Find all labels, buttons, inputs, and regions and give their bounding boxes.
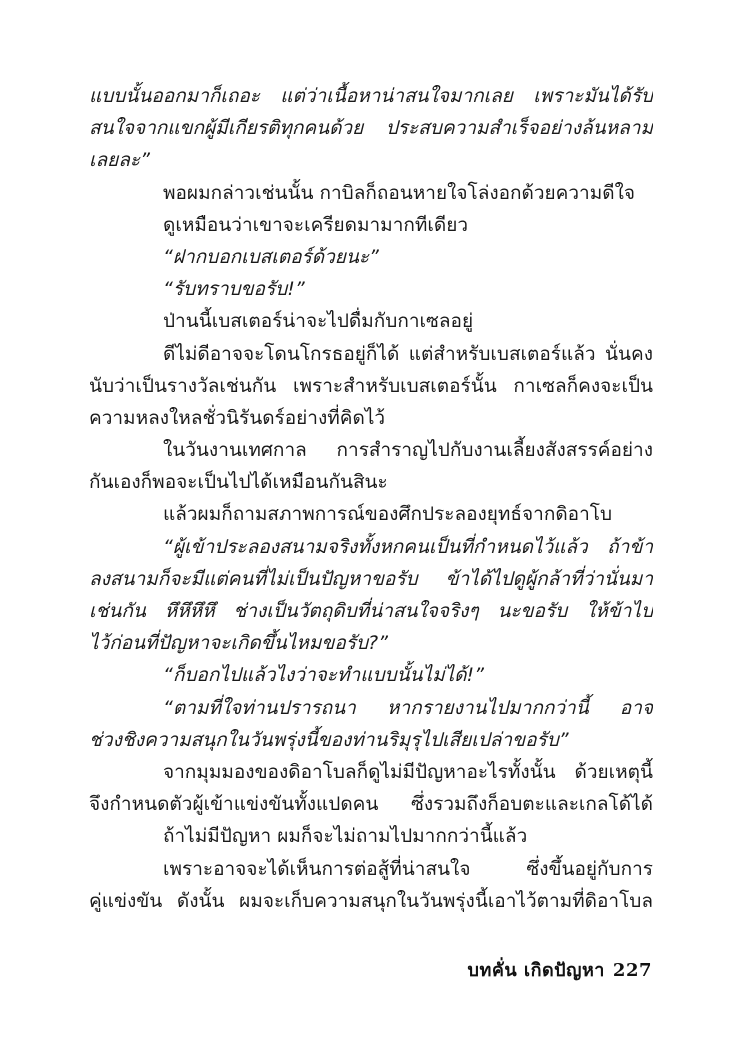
text-line: จากมุมมองของดิอาโบลก็ดูไม่มีปัญหาอะไรทั้… <box>89 756 653 788</box>
text-line: ดีไม่ดีอาจจะโดนโกรธอยู่ก็ได้ แต่สำหรับเบ… <box>89 338 653 370</box>
text-line: กันเองก็พอจะเป็นไปได้เหมือนกันสินะ <box>89 466 653 498</box>
text-line: แบบนั้นออกมาก็เถอะ แต่ว่าเนื้อหาน่าสนใจม… <box>89 80 653 112</box>
text-line: นับว่าเป็นรางวัลเช่นกัน เพราะสำหรับเบสเต… <box>89 370 653 402</box>
text-line: เพราะอาจจะได้เห็นการต่อสู้ที่น่าสนใจ ซึ่… <box>89 853 653 885</box>
text-line: เลยละ” <box>89 144 653 176</box>
dialogue-line: “ผู้เข้าประลองสนามจริงทั้งหกคนเป็นที่กำห… <box>89 531 653 563</box>
dialogue-line: “ตามที่ใจท่านปรารถนา หากรายงานไปมากกว่าน… <box>89 692 653 724</box>
page-number: 227 <box>613 960 652 981</box>
text-line: ดูเหมือนว่าเขาจะเครียดมามากทีเดียว <box>89 209 653 241</box>
text-line: สนใจจากแขกผู้มีเกียรติทุกคนด้วย ประสบควา… <box>89 112 653 144</box>
text-line: พอผมกล่าวเช่นนั้น กาบิลก็ถอนหายใจโล่งอกด… <box>89 177 653 209</box>
page-body: แบบนั้นออกมาก็เถอะ แต่ว่าเนื้อหาน่าสนใจม… <box>89 80 653 917</box>
text-line: คู่แข่งขัน ดังนั้น ผมจะเก็บความสนุกในวัน… <box>89 885 653 917</box>
dialogue-line: “ฝากบอกเบสเตอร์ด้วยนะ” <box>89 241 653 273</box>
text-line: ถ้าไม่มีปัญหา ผมก็จะไม่ถามไปมากกว่านี้แล… <box>89 820 653 852</box>
dialogue-line: ลงสนามก็จะมีแต่คนที่ไม่เป็นปัญหาขอรับ ข้… <box>89 563 653 595</box>
text-line: ความหลงใหลชั่วนิรันดร์อย่างที่คิดไว้ <box>89 402 653 434</box>
page-footer: บทคั่น เกิดปัญหา227 <box>468 955 652 984</box>
dialogue-line: ช่วงชิงความสนุกในวันพรุ่งนี้ของท่านริมุร… <box>89 724 653 756</box>
text-line: ป่านนี้เบสเตอร์น่าจะไปดื่มกับกาเซลอยู่ <box>89 305 653 337</box>
dialogue-line: ไว้ก่อนที่ปัญหาจะเกิดขึ้นไหมขอรับ?” <box>89 627 653 659</box>
text-line: แล้วผมก็ถามสภาพการณ์ของศึกประลองยุทธ์จาก… <box>89 498 653 530</box>
dialogue-line: เช่นกัน หึหึหึหึ ช่างเป็นวัตถุดิบที่น่าส… <box>89 595 653 627</box>
dialogue-line: “รับทราบขอรับ!” <box>89 273 653 305</box>
dialogue-line: “ก็บอกไปแล้วไงว่าจะทำแบบนั้นไม่ได้!” <box>89 659 653 691</box>
chapter-title: บทคั่น เกิดปัญหา <box>468 960 605 981</box>
text-line: จึงกำหนดตัวผู้เข้าแข่งขันทั้งแปดคน ซึ่งร… <box>89 788 653 820</box>
text-line: ในวันงานเทศกาล การสำราญไปกับงานเลี้ยงสัง… <box>89 434 653 466</box>
